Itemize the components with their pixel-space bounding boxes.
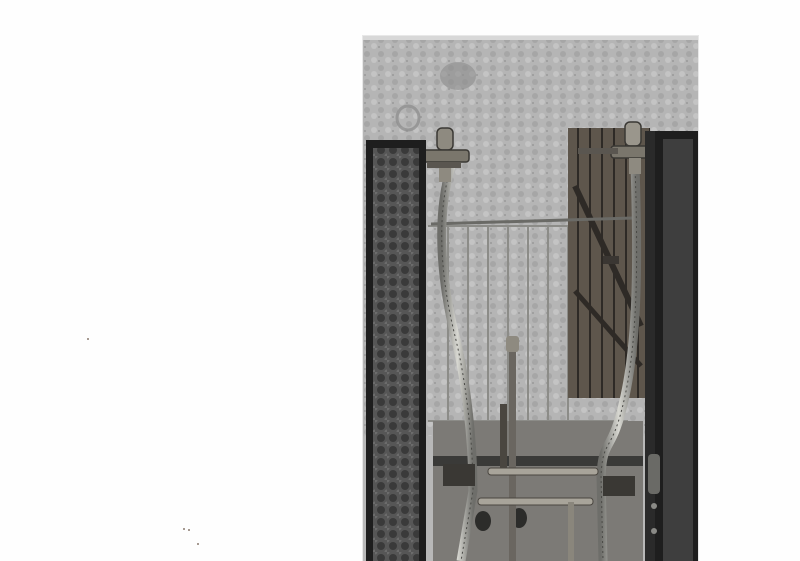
plumbing-photograph [363, 36, 698, 561]
vertical-pipe [509, 336, 516, 561]
dust-speck [188, 529, 190, 531]
wall-stain [440, 62, 476, 90]
dust-speck [197, 543, 199, 545]
dust-speck [183, 528, 185, 530]
drain-hole [475, 511, 491, 531]
shutter-latch [603, 256, 619, 264]
short-pipe [500, 404, 507, 474]
left-cabinet-door [366, 140, 426, 561]
pipe-valve-top [506, 336, 519, 352]
photo-top-edge [363, 36, 698, 40]
dust-speck [87, 338, 89, 340]
right-cabinet-door [645, 131, 698, 561]
